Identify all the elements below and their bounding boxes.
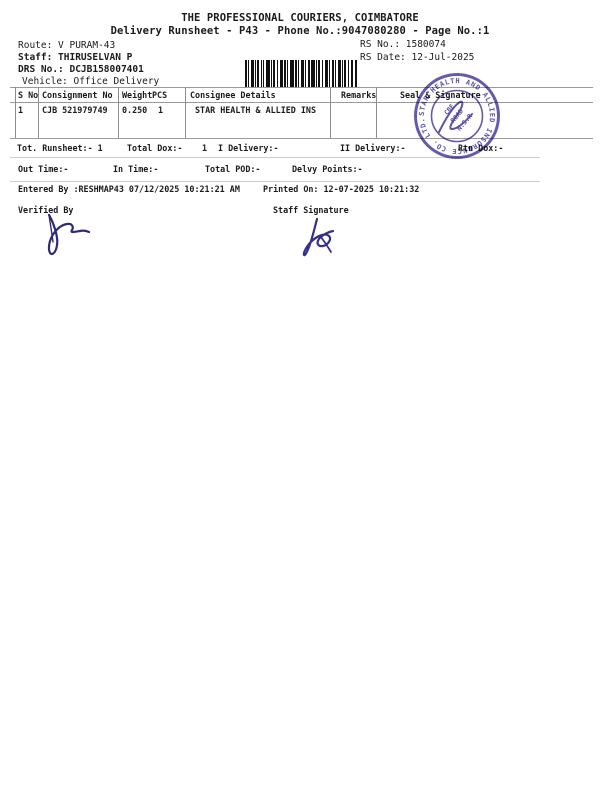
col-header-pcs: PCS [152,90,167,100]
cell-pcs: 1 [158,105,163,115]
col-header-remarks: Remarks [341,90,376,100]
staff-field: Staff: THIRUSELVAN P [18,52,132,63]
table-vline [118,87,119,138]
total-dox-label: Total Dox:- [127,143,182,153]
table-vline [15,87,16,138]
delivery-runsheet-document: THE PROFESSIONAL COURIERS, COIMBATORE De… [0,0,600,800]
col-header-consignment-no: Consignment No [42,90,113,100]
ii-delivery: II Delivery:- [340,143,406,153]
entered-by: Entered By :RESHMAP43 07/12/2025 10:21:2… [18,184,240,194]
staff-signature-label: Staff Signature [273,205,349,215]
total-runsheet: Tot. Runsheet:- 1 [17,143,103,153]
col-header-consignee-details: Consignee Details [190,90,276,100]
star-health-stamp: STAR HEALTH AND ALLIED INSURANCE CO. LTD… [407,66,507,170]
printed-on: Printed On: 12-07-2025 10:21:32 [263,184,419,194]
page-title: THE PROFESSIONAL COURIERS, COIMBATORE [0,12,600,24]
staff-signature-mark [295,217,343,263]
total-pod: Total POD:- [205,164,260,174]
i-delivery: I Delivery:- [218,143,279,153]
cell-consignee: STAR HEALTH & ALLIED INS [195,105,316,115]
col-header-sno: S No [18,90,38,100]
col-header-weight: Weight [122,90,152,100]
separator-rule [10,181,540,182]
table-vline [330,87,331,138]
route-field: Route: V PURAM-43 [18,40,115,51]
verified-by-signature [36,212,92,262]
in-time: In Time:- [113,164,158,174]
drs-barcode [206,41,357,111]
cell-weight: 0.250 [122,105,147,115]
out-time: Out Time:- [18,164,68,174]
vehicle-field: Vehicle: Office Delivery [22,76,159,87]
total-dox-value: 1 [202,143,207,153]
delvy-points: Delvy Points:- [292,164,363,174]
rs-date-field: RS Date: 12-Jul-2025 [360,52,474,63]
drs-no-field: DRS No.: DCJB158007401 [18,64,144,75]
cell-sno: 1 [18,105,23,115]
cell-consignment-no: CJB 521979749 [42,105,108,115]
table-vline [185,87,186,138]
page-subtitle: Delivery Runsheet - P43 - Phone No.:9047… [0,25,600,37]
rs-no-field: RS No.: 1580074 [360,39,446,50]
